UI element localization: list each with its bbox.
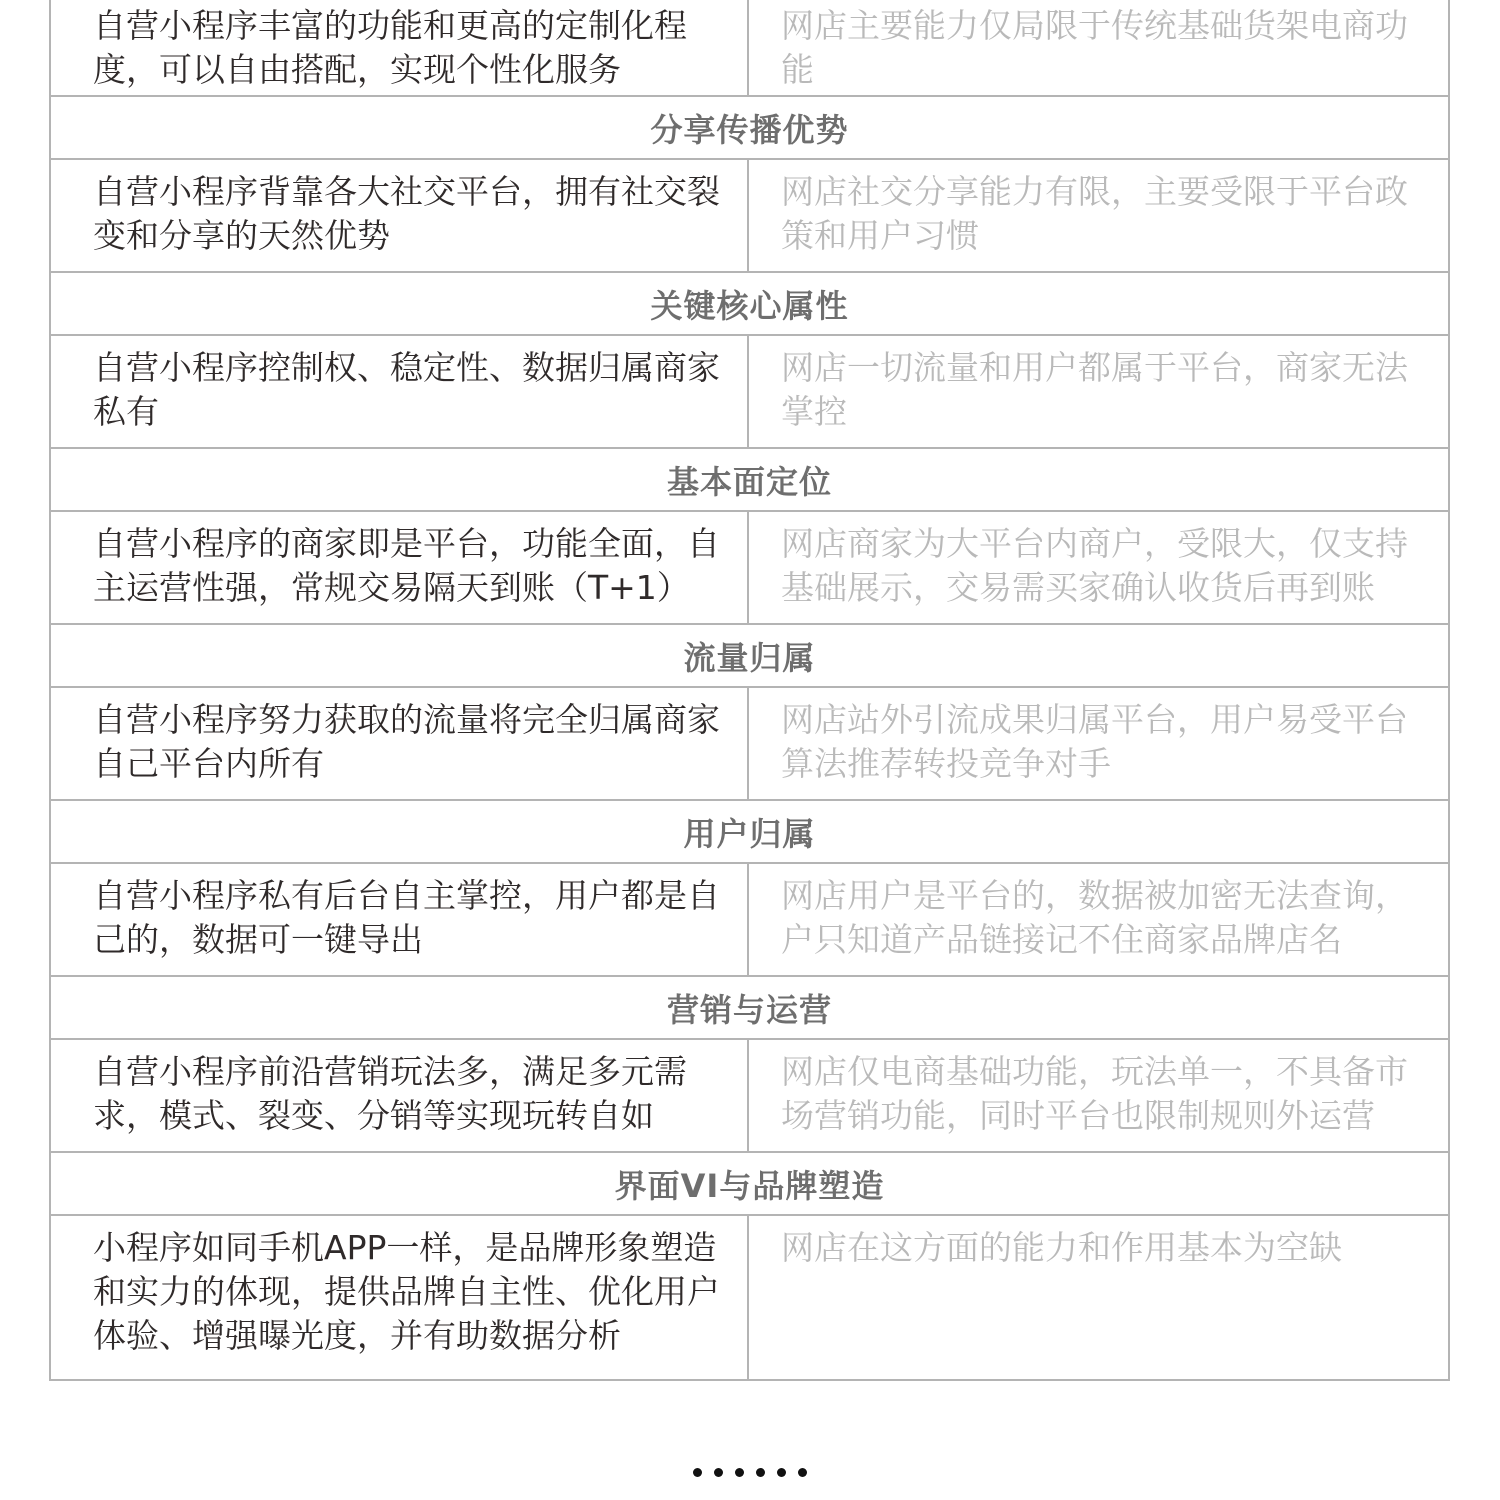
section-header: 关键核心属性 (49, 273, 1450, 336)
dot-icon (714, 1468, 723, 1477)
section-title: 关键核心属性 (650, 281, 848, 327)
miniprogram-cell: 自营小程序背靠各大社交平台，拥有社交裂变和分享的天然优势 (51, 160, 749, 271)
miniprogram-cell: 自营小程序控制权、稳定性、数据归属商家私有 (51, 336, 749, 447)
section-title: 分享传播优势 (650, 105, 848, 151)
dot-icon (735, 1468, 744, 1477)
table-row: 自营小程序背靠各大社交平台，拥有社交裂变和分享的天然优势 网店社交分享能力有限，… (49, 160, 1450, 273)
webstore-cell: 网店仅电商基础功能，玩法单一，不具备市场营销功能，同时平台也限制规则外运营 (749, 1040, 1448, 1151)
miniprogram-cell: 自营小程序努力获取的流量将完全归属商家自己平台内所有 (51, 688, 749, 799)
webstore-cell: 网店站外引流成果归属平台，用户易受平台算法推荐转投竞争对手 (749, 688, 1448, 799)
webstore-cell: 网店社交分享能力有限，主要受限于平台政策和用户习惯 (749, 160, 1448, 271)
more-indicator (0, 1462, 1500, 1481)
section-title: 基本面定位 (667, 457, 832, 503)
dot-icon (777, 1468, 786, 1477)
section-header: 用户归属 (49, 801, 1450, 864)
table-row: 自营小程序的商家即是平台，功能全面，自主运营性强，常规交易隔天到账（T+1） 网… (49, 512, 1450, 625)
section-header: 分享传播优势 (49, 97, 1450, 160)
table-row: 自营小程序私有后台自主掌控，用户都是自己的，数据可一键导出 网店用户是平台的，数… (49, 864, 1450, 977)
webstore-cell: 网店在这方面的能力和作用基本为空缺 (749, 1216, 1448, 1379)
miniprogram-cell: 小程序如同手机APP一样，是品牌形象塑造和实力的体现，提供品牌自主性、优化用户体… (51, 1216, 749, 1379)
table-row: 自营小程序前沿营销玩法多，满足多元需求，模式、裂变、分销等实现玩转自如 网店仅电… (49, 1040, 1450, 1153)
section-title: 用户归属 (683, 809, 815, 855)
miniprogram-cell: 自营小程序的商家即是平台，功能全面，自主运营性强，常规交易隔天到账（T+1） (51, 512, 749, 623)
miniprogram-cell: 自营小程序前沿营销玩法多，满足多元需求，模式、裂变、分销等实现玩转自如 (51, 1040, 749, 1151)
section-title: 界面VI与品牌塑造 (615, 1161, 885, 1207)
section-title: 流量归属 (683, 633, 815, 679)
dot-icon (756, 1468, 765, 1477)
webstore-cell: 网店商家为大平台内商户，受限大，仅支持基础展示，交易需买家确认收货后再到账 (749, 512, 1448, 623)
miniprogram-cell: 自营小程序丰富的功能和更高的定制化程度，可以自由搭配，实现个性化服务 (51, 0, 749, 95)
section-header: 营销与运营 (49, 977, 1450, 1040)
section-title: 营销与运营 (667, 985, 832, 1031)
section-header: 基本面定位 (49, 449, 1450, 512)
section-header: 流量归属 (49, 625, 1450, 688)
table-row: 自营小程序控制权、稳定性、数据归属商家私有 网店一切流量和用户都属于平台，商家无… (49, 336, 1450, 449)
comparison-table: 自营小程序丰富的功能和更高的定制化程度，可以自由搭配，实现个性化服务 网店主要能… (49, 0, 1450, 1381)
dot-icon (693, 1468, 702, 1477)
table-row: 小程序如同手机APP一样，是品牌形象塑造和实力的体现，提供品牌自主性、优化用户体… (49, 1216, 1450, 1381)
webstore-cell: 网店一切流量和用户都属于平台，商家无法掌控 (749, 336, 1448, 447)
section-header: 界面VI与品牌塑造 (49, 1153, 1450, 1216)
dot-icon (798, 1468, 807, 1477)
webstore-cell: 网店主要能力仅局限于传统基础货架电商功能 (749, 0, 1448, 95)
table-row: 自营小程序努力获取的流量将完全归属商家自己平台内所有 网店站外引流成果归属平台，… (49, 688, 1450, 801)
webstore-cell: 网店用户是平台的，数据被加密无法查询，户只知道产品链接记不住商家品牌店名 (749, 864, 1448, 975)
miniprogram-cell: 自营小程序私有后台自主掌控，用户都是自己的，数据可一键导出 (51, 864, 749, 975)
table-row: 自营小程序丰富的功能和更高的定制化程度，可以自由搭配，实现个性化服务 网店主要能… (49, 0, 1450, 97)
